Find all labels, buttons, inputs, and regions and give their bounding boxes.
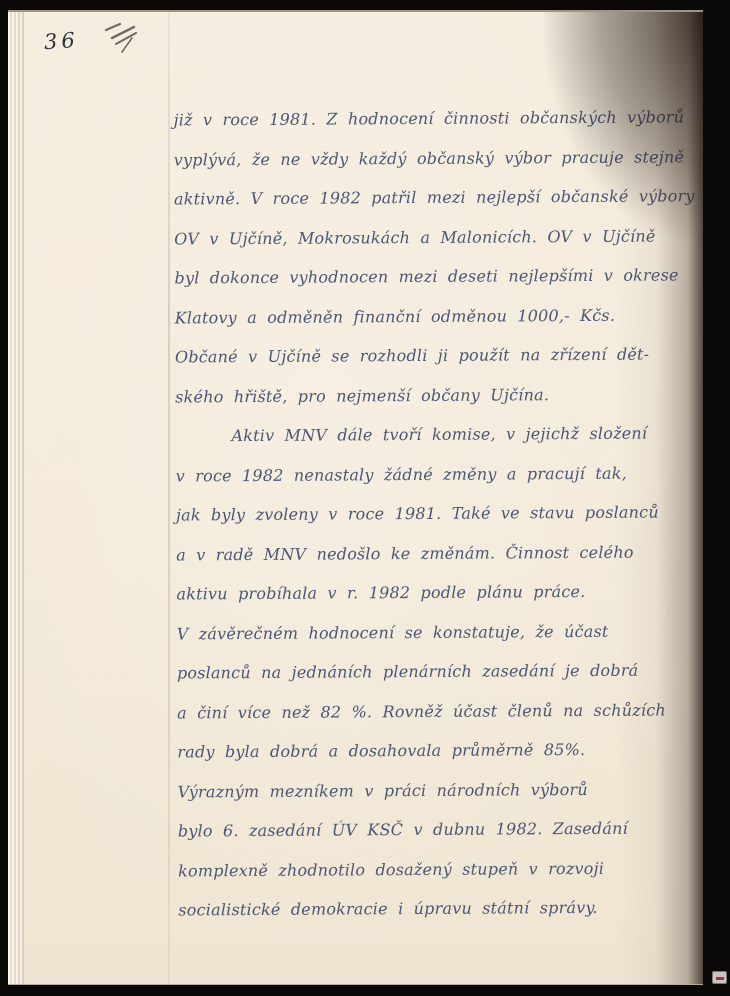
scanner-watermark-icon [712,971,727,984]
handwritten-line: byl dokonce vyhodnocen mezi deseti nejle… [174,266,656,308]
handwritten-line: rady byla dobrá a dosahovala průměrně 85… [177,740,659,782]
handwritten-line: Aktiv MNV dále tvoří komise, v jejichž s… [175,424,657,466]
page-number: 36 [43,28,79,54]
pencil-scribble-mark [100,16,148,56]
handwritten-line: Občané v Ujčíně se rozhodli ji použít na… [175,345,657,387]
corner-shadow [543,12,703,242]
handwritten-line: a v radě MNV nedošlo ke změnám. Činnost … [176,542,658,584]
scanned-chronicle-page: 36 již v roce 1981. Z hodnocení činnosti… [0,0,730,996]
handwritten-line: V závěrečném hodnocení se konstatuje, že… [177,621,659,663]
book-page-edges [8,12,24,984]
page-sheet: 36 již v roce 1981. Z hodnocení činnosti… [8,10,703,985]
handwritten-line: a činí více než 82 %. Rovněž účast členů… [177,700,659,742]
handwritten-line: jak byly zvoleny v roce 1981. Také ve st… [176,503,658,545]
handwritten-line: poslanců na jednáních plenárních zasedán… [177,661,659,703]
margin-crease-line [168,12,170,984]
handwritten-line: Výrazným mezníkem v práci národních výbo… [178,779,660,821]
handwritten-line: Klatovy a odměněn finanční odměnou 1000,… [175,305,657,347]
handwritten-line: komplexně zhodnotilo dosažený stupeň v r… [178,858,660,900]
handwritten-line: socialistické demokracie i úpravu státní… [178,898,660,940]
handwritten-line: aktivu probíhala v r. 1982 podle plánu p… [176,582,658,624]
handwritten-line: ského hřiště, pro nejmenší občany Ujčína… [175,384,657,426]
handwritten-line: v roce 1982 nenastaly žádné změny a prac… [176,463,658,505]
watermark-red-dash [716,977,724,980]
handwritten-line: bylo 6. zasedání ÚV KSČ v dubnu 1982. Za… [178,819,660,861]
